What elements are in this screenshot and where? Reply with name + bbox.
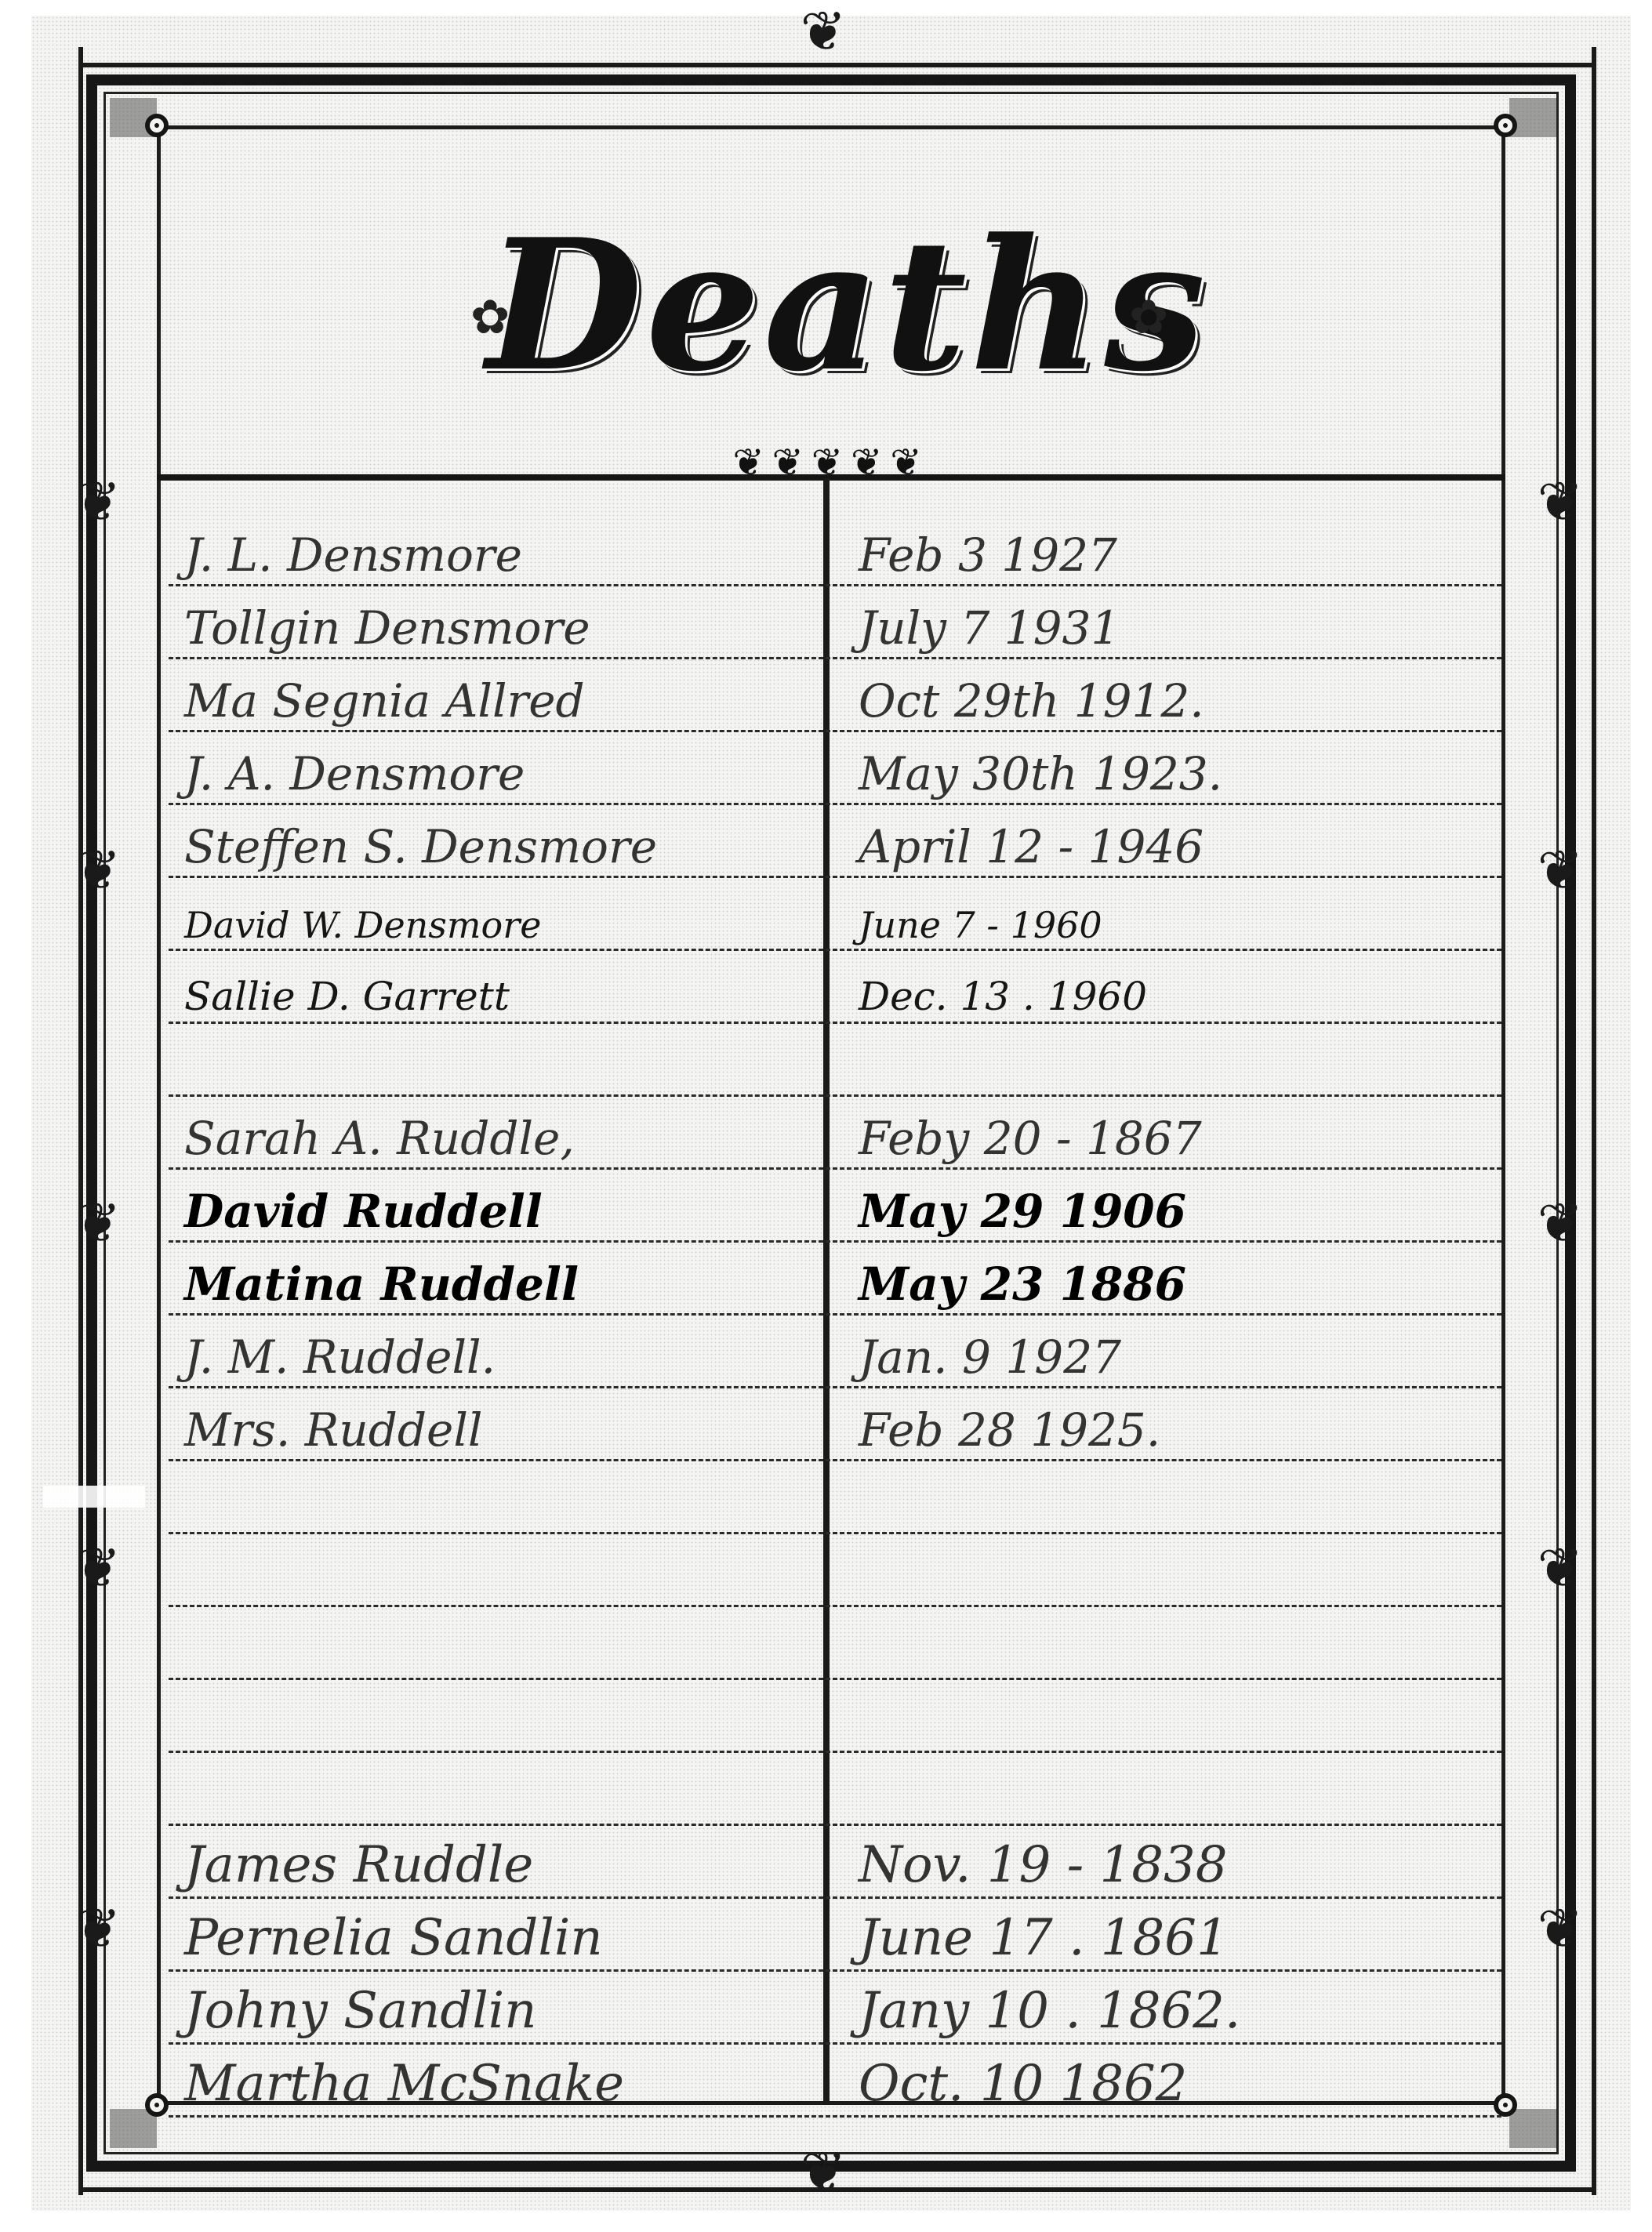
ivy-leaf-icon: ❦ (1533, 1192, 1588, 1254)
entry-name: Ma Segnia Allred (184, 674, 811, 728)
list-item (169, 1753, 1501, 1826)
entry-name: J. A. Densmore (184, 747, 811, 800)
header-divider (157, 474, 1505, 481)
list-item: David RuddellMay 29 1906 (169, 1170, 1501, 1243)
list-item: Pernelia SandlinJune 17 . 1861 (169, 1899, 1501, 1972)
entry-name: Pernelia Sandlin (184, 1909, 811, 1967)
entry-date: May 30th 1923. (859, 747, 1486, 800)
ivy-leaf-icon: ❦ (71, 839, 125, 902)
rosette-icon (145, 114, 169, 137)
ivy-leaf-icon: ❦ (796, 0, 851, 63)
corner-shading (1509, 98, 1556, 137)
entry-date: Feb 28 1925. (859, 1403, 1486, 1457)
right-vine-rail (1592, 47, 1596, 2195)
list-item: Mrs. RuddellFeb 28 1925. (169, 1388, 1501, 1461)
entry-name: Mrs. Ruddell (184, 1403, 811, 1457)
entry-name: David W. Densmore (184, 904, 811, 946)
entry-name: James Ruddle (184, 1836, 811, 1894)
entry-name: Sarah A. Ruddle, (184, 1112, 811, 1165)
list-item: J. M. Ruddell.Jan. 9 1927 (169, 1316, 1501, 1388)
list-item: Tollgin DensmoreJuly 7 1931 (169, 586, 1501, 659)
list-item: David W. DensmoreJune 7 - 1960 (169, 878, 1501, 951)
list-item: Ma Segnia AllredOct 29th 1912. (169, 659, 1501, 732)
page-title: Deaths (486, 188, 1207, 423)
ivy-leaf-icon: ❦ (1533, 1897, 1588, 1960)
list-item: James RuddleNov. 19 - 1838 (169, 1826, 1501, 1899)
death-register-list: J. L. DensmoreFeb 3 1927 Tollgin Densmor… (169, 514, 1501, 2118)
entry-name: David Ruddell (184, 1185, 811, 1238)
entry-name: Tollgin Densmore (184, 601, 811, 655)
list-item (169, 1680, 1501, 1753)
entry-date: June 17 . 1861 (859, 1909, 1486, 1967)
entry-name: Johny Sandlin (184, 1982, 811, 2040)
rosette-icon (1494, 114, 1517, 137)
entry-date: June 7 - 1960 (859, 904, 1486, 946)
ivy-leaf-icon: ❦ (71, 1192, 125, 1254)
entry-date: May 23 1886 (859, 1258, 1486, 1311)
ivy-leaf-icon: ❦ (1533, 1537, 1588, 1599)
list-item: J. L. DensmoreFeb 3 1927 (169, 514, 1501, 586)
ivy-leaf-icon: ❦ (796, 2140, 851, 2203)
list-item: J. A. DensmoreMay 30th 1923. (169, 732, 1501, 805)
list-item (169, 1461, 1501, 1534)
list-item: Johny SandlinJany 10 . 1862. (169, 1972, 1501, 2045)
rosette-icon (145, 2093, 169, 2117)
entry-date: July 7 1931 (859, 601, 1486, 655)
entry-date: Nov. 19 - 1838 (859, 1836, 1486, 1894)
list-item: Steffen S. DensmoreApril 12 - 1946 (169, 805, 1501, 878)
corner-shading (1509, 2109, 1556, 2148)
entry-date: April 12 - 1946 (859, 820, 1486, 873)
list-item: Matina RuddellMay 23 1886 (169, 1243, 1501, 1316)
entry-date: Oct 29th 1912. (859, 674, 1486, 728)
entry-date: Dec. 13 . 1960 (859, 974, 1486, 1019)
list-item (169, 1534, 1501, 1607)
entry-date: Feb 3 1927 (859, 528, 1486, 582)
entry-date: Jany 10 . 1862. (859, 1982, 1486, 2040)
entry-name: J. M. Ruddell. (184, 1330, 811, 1384)
entry-name: Matina Ruddell (184, 1258, 811, 1311)
ivy-leaf-icon: ❦ (1533, 839, 1588, 902)
entry-name: Sallie D. Garrett (184, 974, 811, 1019)
list-item: Martha McSnakeOct. 10 1862 (169, 2045, 1501, 2118)
ivy-leaf-icon: ❦ (71, 1537, 125, 1599)
ivy-leaf-icon: ❦ (71, 1897, 125, 1960)
entry-name: Martha McSnake (184, 2055, 811, 2113)
ivy-leaf-icon: ❦ (71, 470, 125, 533)
entry-date: Jan. 9 1927 (859, 1330, 1486, 1384)
entry-date: Oct. 10 1862 (859, 2055, 1486, 2113)
entry-date: May 29 1906 (859, 1185, 1486, 1238)
flourish-right-icon: ✿ (1129, 290, 1168, 345)
entry-name: J. L. Densmore (184, 528, 811, 582)
tape-mark (43, 1486, 145, 1508)
entry-name: Steffen S. Densmore (184, 820, 811, 873)
list-item (169, 1024, 1501, 1097)
list-item: Sallie D. GarrettDec. 13 . 1960 (169, 951, 1501, 1024)
list-item: Sarah A. Ruddle,Feby 20 - 1867 (169, 1097, 1501, 1170)
list-item (169, 1607, 1501, 1680)
ivy-leaf-icon: ❦ (1533, 470, 1588, 533)
left-vine-rail (78, 47, 83, 2195)
entry-date: Feby 20 - 1867 (859, 1112, 1486, 1165)
